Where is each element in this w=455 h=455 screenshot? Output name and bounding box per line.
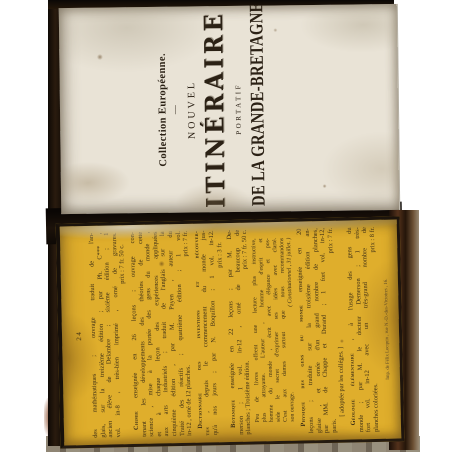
entry-lead: Chimie <box>133 411 140 430</box>
region-title: DE LA GRANDE-BRETAGNE. <box>246 11 270 206</box>
line-price: prix : 8 fr. <box>369 227 377 253</box>
line-text: planches coloriées. <box>372 383 381 432</box>
line-text: son ouvrage. <box>290 392 298 422</box>
main-title: ITINÉRAIRE <box>198 8 230 209</box>
title-page: Collection Européenne. — NOUVEL ITINÉRAI… <box>59 4 400 214</box>
line-text: Imp. de Félix Locquin , rue N.-D.-des-Vi… <box>384 279 391 380</box>
line-text: in-12 , orné de 12 planches. <box>185 365 194 436</box>
ad-page-rotated-text: 24 des mathématiques ; ouvrage traduit d… <box>60 219 402 445</box>
line-price: ( Constitutionnel , 31 juillet. ) <box>286 238 295 307</box>
line-price: prix : 7 fr. <box>327 228 335 254</box>
line-text: prix : 3 fr. <box>216 242 224 268</box>
line-text: prix : 7 fr. 50 c. <box>119 244 127 284</box>
page-number: 24 <box>73 233 85 438</box>
ad-lines: des mathématiques ; ouvrage traduit de l… <box>88 227 394 438</box>
line-text: [ adoptée par les colléges. ] <box>338 347 346 417</box>
line-text: planches ; Troisième édition. <box>244 361 253 435</box>
line-text: paris. <box>331 419 339 433</box>
series-label: Collection Européenne. <box>156 7 170 212</box>
line-price: prix : 7 fr. <box>182 231 190 257</box>
line-price: prix : 7 fr. 50 c. <box>241 230 249 270</box>
entry-lead: tes <box>204 427 211 436</box>
advertisements-page: 24 des mathématiques ; ouvrage traduit d… <box>56 216 405 448</box>
printer-imprint: Imp. de Félix Locquin , rue N.-D.-des-Vi… <box>383 227 393 432</box>
book-photo: { "title_page": { "series": "Collection … <box>0 0 455 455</box>
pretitle: NOUVEL <box>185 6 199 211</box>
title-page-rotated-text: Collection Européenne. — NOUVEL ITINÉRAI… <box>59 4 399 213</box>
entry-lead: Botanique <box>229 399 237 428</box>
series-rule: — <box>169 7 180 212</box>
subtitle-portatif: PORTATIF <box>233 6 244 211</box>
